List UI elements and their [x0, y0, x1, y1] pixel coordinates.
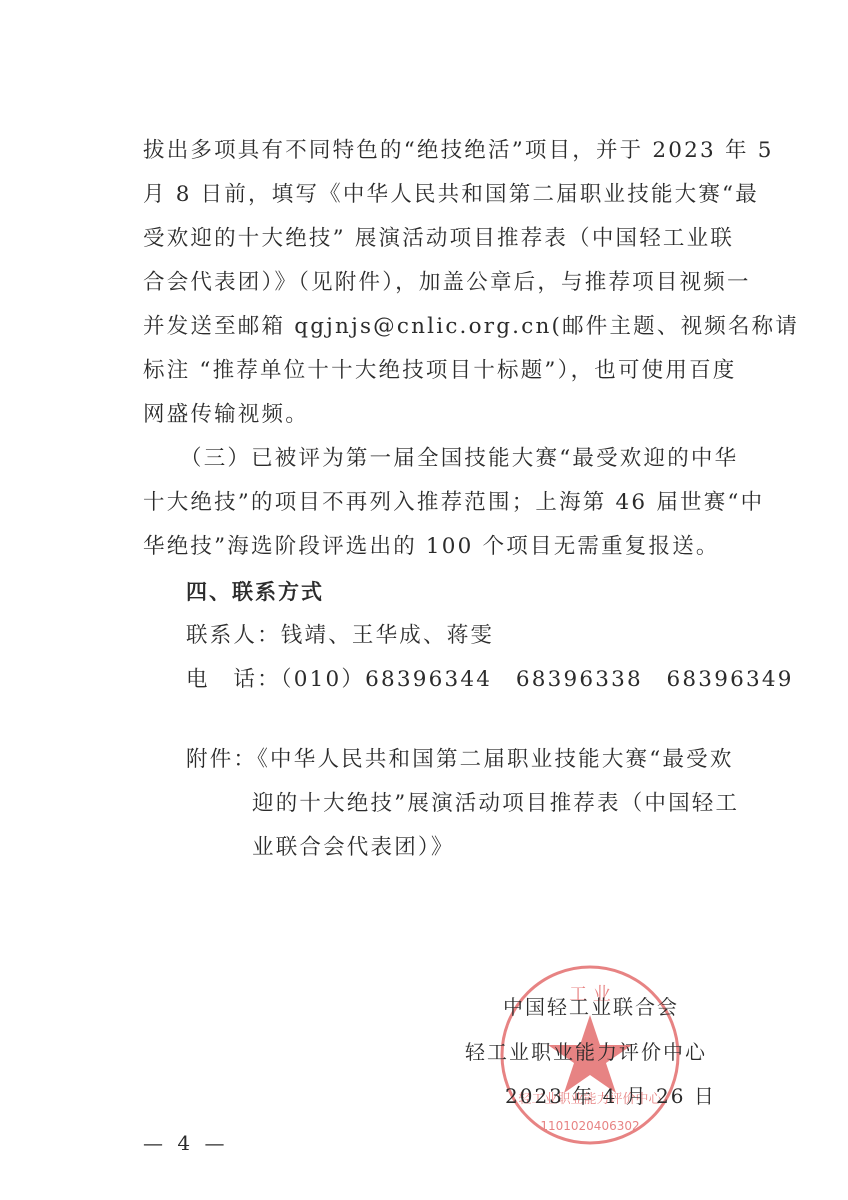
- signature-date: 2023 年 4 月 26 日: [505, 1082, 716, 1110]
- attachment-line: 附件：《中华人民共和国第二届职业技能大赛“最受欢: [186, 745, 734, 775]
- section-heading: 四、联系方式: [186, 577, 324, 607]
- body-text-line: 受欢迎的十大绝技” 展演活动项目推荐表（中国轻工业联: [143, 224, 734, 254]
- body-text-line: 十大绝技”的项目不再列入推荐范围；上海第 46 届世赛“中: [143, 488, 764, 518]
- attachment-line: 迎的十大绝技”展演活动项目推荐表（中国轻工: [252, 789, 739, 819]
- contact-phone: 电 话：（010）68396344 68396338 68396349: [186, 665, 794, 695]
- body-text-line: 拔出多项具有不同特色的“绝技绝活”项目，并于 2023 年 5: [143, 136, 774, 166]
- body-text-line: 网盛传输视频。: [143, 400, 309, 430]
- attachment-line: 业联合会代表团）》: [252, 833, 455, 863]
- contact-persons: 联系人：钱靖、王华成、蒋雯: [186, 621, 494, 651]
- body-text-line: 合会代表团）》（见附件），加盖公章后，与推荐项目视频一: [143, 268, 751, 298]
- body-text-line: 并发送至邮箱 qgjnjs@cnlic.org.cn(邮件主题、视频名称请: [143, 312, 799, 342]
- signature-org: 中国轻工业联合会: [503, 993, 679, 1021]
- body-text-line: 华绝技”海选阶段评选出的 100 个项目无需重复报送。: [143, 532, 720, 562]
- signature-suborg: 轻工业职业能力评价中心: [465, 1038, 707, 1066]
- body-text-line: 月 8 日前，填写《中华人民共和国第二届职业技能大赛“最: [143, 180, 759, 210]
- body-text-line: （三）已被评为第一届全国技能大赛“最受欢迎的中华: [180, 444, 738, 474]
- svg-text:1101020406302: 1101020406302: [540, 1119, 639, 1133]
- body-text-line: 标注 “推荐单位十十大绝技项目十标题”），也可使用百度: [143, 356, 736, 386]
- page-number: — 4 —: [143, 1131, 228, 1155]
